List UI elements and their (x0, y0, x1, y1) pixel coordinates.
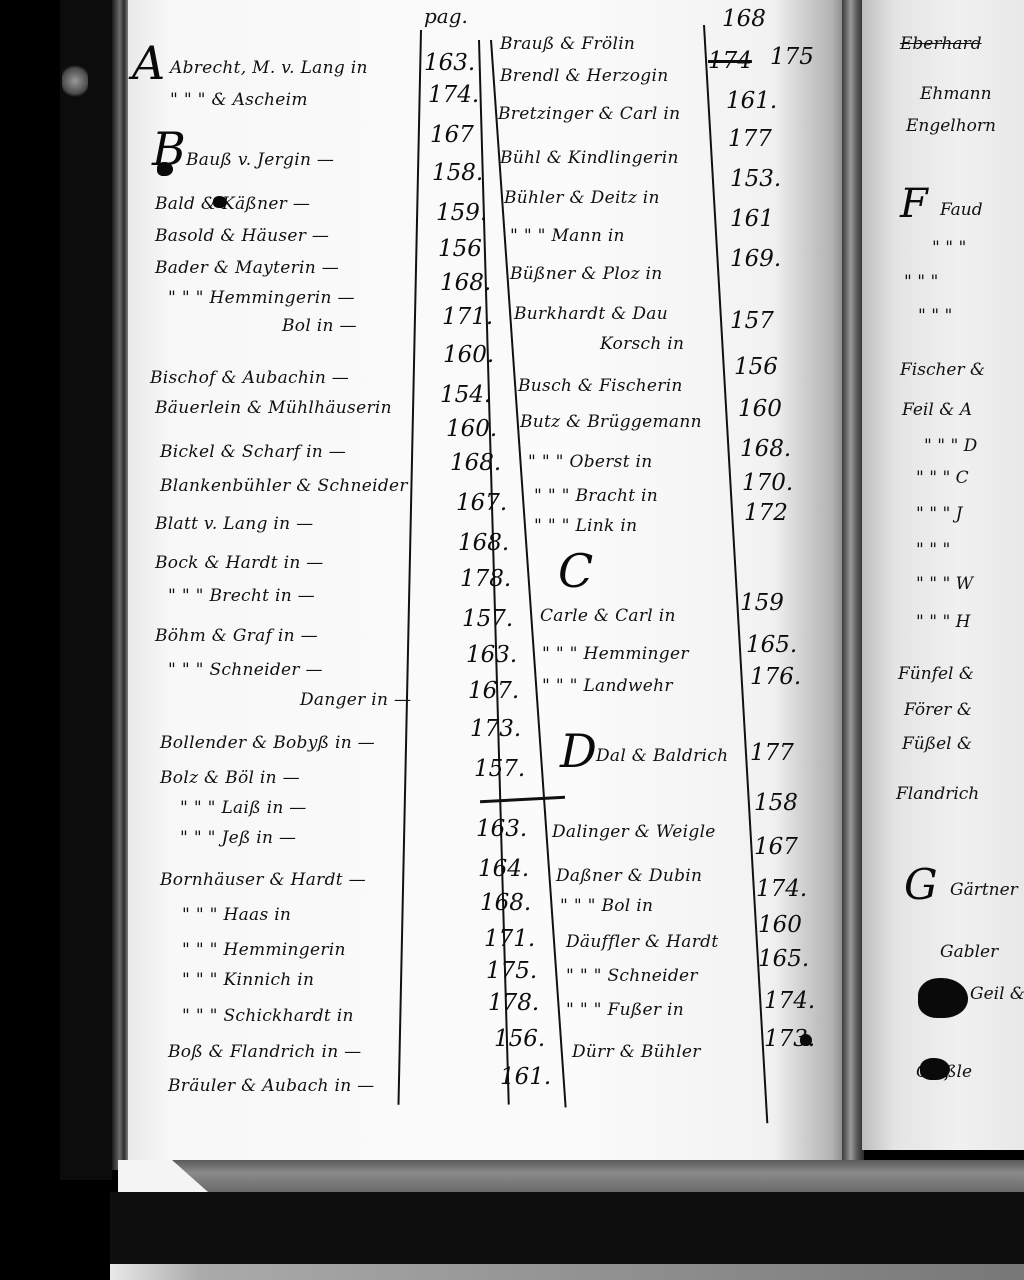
page-number: 161. (726, 88, 777, 114)
index-entry-partial: " " " D (924, 436, 977, 456)
page-number: 172 (744, 500, 788, 526)
index-entry: " " " Hemmingerin — (168, 288, 355, 308)
index-entry: Blatt v. Lang in — (155, 514, 313, 534)
index-entry: Bald & Käßner — (155, 194, 310, 214)
page-number: 178. (488, 990, 539, 1016)
index-entry: " " " Schneider — (168, 660, 323, 680)
ink-blot (157, 162, 173, 176)
index-entry: " " " Fußer in (566, 1000, 684, 1020)
page-number: 159 (740, 590, 784, 616)
page-number: 163. (476, 816, 527, 842)
index-entry: " " " Brecht in — (168, 586, 315, 606)
index-entry: Bischof & Aubachin — (150, 368, 349, 388)
index-entry: " " " Bol in (560, 896, 653, 916)
page-number: 157. (474, 756, 525, 782)
index-entry-partial: Förer & (904, 700, 972, 720)
page-number: 160. (446, 416, 497, 442)
index-entry-partial: Gärtner (950, 880, 1018, 900)
page-number: 168. (458, 530, 509, 556)
index-entry-partial: Fischer & (900, 360, 985, 380)
letter-initial-f: F (900, 184, 928, 224)
index-entry: Bolz & Böl in — (160, 768, 300, 788)
page-number: 167 (754, 834, 798, 860)
page-number: 171. (484, 926, 535, 952)
page-number: 156. (494, 1026, 545, 1052)
letter-initial-d: D (560, 728, 597, 774)
index-entry: Bühl & Kindlingerin (500, 148, 679, 168)
index-entry: " " " Schickhardt in (182, 1006, 354, 1026)
index-entry: " " " & Ascheim (170, 90, 308, 110)
page-number: 168. (480, 890, 531, 916)
page-number: 167. (468, 678, 519, 704)
page-number: 167. (456, 490, 507, 516)
index-entry: Bretzinger & Carl in (498, 104, 680, 124)
index-entry: Däuffler & Hardt (566, 932, 718, 952)
index-entry: " " " Bracht in (534, 486, 658, 506)
index-entry: Busch & Fischerin (518, 376, 683, 396)
page-number: 177 (728, 126, 772, 152)
index-entry: Dal & Baldrich (596, 746, 728, 766)
page-number: 173. (470, 716, 521, 742)
next-page-edge (110, 1264, 1024, 1280)
index-entry: Bollender & Bobyß in — (160, 733, 375, 753)
index-entry-partial: " " " J (916, 504, 962, 524)
index-entry: Bühler & Deitz in (504, 188, 660, 208)
index-entry: Abrecht, M. v. Lang in (170, 58, 368, 78)
index-entry: Boß & Flandrich in — (168, 1042, 361, 1062)
index-entry: " " " Laiß in — (180, 798, 307, 818)
index-entry: Bauß v. Jergin — (186, 150, 334, 170)
page-number: 169. (730, 246, 781, 272)
index-entry: Butz & Brüggemann (520, 412, 702, 432)
index-entry: Burkhardt & Dau (514, 304, 668, 324)
page-number: 168. (740, 436, 791, 462)
index-entry: " " " Link in (534, 516, 637, 536)
ink-blot (213, 196, 227, 208)
index-entry-partial: " " " W (916, 574, 973, 594)
index-entry: Brendl & Herzogin (500, 66, 668, 86)
index-entry: Bornhäuser & Hardt — (160, 870, 366, 890)
page-number: 170. (742, 470, 793, 496)
page-number: 156 (438, 236, 482, 262)
index-entry-partial: Füßel & (902, 734, 972, 754)
index-entry: " " " Jeß in — (180, 828, 296, 848)
index-entry: Korsch in (600, 334, 684, 354)
letter-initial-g: G (904, 864, 938, 906)
letter-initial-c: C (558, 548, 593, 594)
index-entry-partial: " " " (916, 540, 950, 560)
index-entry-partial: Engelhorn (906, 116, 996, 136)
book-gutter (842, 0, 864, 1160)
page-number: 161 (730, 206, 774, 232)
page-number: 171. (442, 304, 493, 330)
page-number: 174. (428, 82, 479, 108)
index-entry-partial: Faud (940, 200, 983, 220)
page-number-struck: 174 (708, 48, 752, 74)
index-entry: Basold & Häuser — (155, 226, 329, 246)
index-entry-partial: Ehmann (920, 84, 992, 104)
index-entry-partial: " " " (932, 238, 966, 258)
index-entry: Bader & Mayterin — (155, 258, 339, 278)
page-number: 177 (750, 740, 794, 766)
index-entry: Blankenbühler & Schneider (160, 476, 408, 496)
index-entry: " " " Hemminger (542, 644, 689, 664)
page-number: 160 (758, 912, 802, 938)
index-entry: " " " Schneider (566, 966, 698, 986)
index-entry: " " " Landwehr (542, 676, 673, 696)
page-column-header: pag. (424, 4, 468, 28)
page-number: 165. (746, 632, 797, 658)
index-entry: " " " Oberst in (528, 452, 653, 472)
page-number: 174. (764, 988, 815, 1014)
scan-background (110, 1192, 1024, 1264)
page-number: 157. (462, 606, 513, 632)
binding-shadow (0, 0, 60, 1280)
index-entry: Böhm & Graf in — (155, 626, 318, 646)
index-entry: " " " Mann in (510, 226, 625, 246)
page-number: 160 (738, 396, 782, 422)
index-entry: Dürr & Bühler (572, 1042, 701, 1062)
page-number: 159. (436, 200, 487, 226)
index-entry: Daßner & Dubin (556, 866, 702, 886)
page-number: 165. (758, 946, 809, 972)
page-number: 161. (500, 1064, 551, 1090)
ink-blot (800, 1034, 812, 1046)
page-number: 176. (750, 664, 801, 690)
index-entry: Bickel & Scharf in — (160, 442, 346, 462)
ink-blot (920, 1058, 950, 1080)
page-number: 154. (440, 382, 491, 408)
page-number: 158 (754, 790, 798, 816)
index-entry-partial: Fünfel & (898, 664, 974, 684)
index-entry: Büßner & Ploz in (510, 264, 663, 284)
index-entry-partial: " " " (904, 272, 938, 292)
page-number: 157 (730, 308, 774, 334)
page-number: 175. (486, 958, 537, 984)
dust-speck (62, 64, 88, 98)
index-entry-partial: " " " C (916, 468, 969, 488)
index-entry-partial: Feil & A (902, 400, 972, 420)
ink-blot-large (918, 978, 968, 1018)
page-number: 168. (450, 450, 501, 476)
page-number: 168. (440, 270, 491, 296)
index-entry: Dalinger & Weigle (552, 822, 716, 842)
index-entry: Bräuler & Aubach in — (168, 1076, 374, 1096)
page-number: 164. (478, 856, 529, 882)
page-number: 158. (432, 160, 483, 186)
page-number: 168 (722, 6, 766, 32)
page-number: 160. (443, 342, 494, 368)
index-entry-partial: Flandrich (896, 784, 979, 804)
page-number: 156 (734, 354, 778, 380)
page-number: 153. (730, 166, 781, 192)
index-entry: Bock & Hardt in — (155, 553, 324, 573)
index-entry-partial: Geil & (970, 984, 1024, 1004)
index-entry: " " " Haas in (182, 905, 291, 925)
page-number: 174. (756, 876, 807, 902)
page-number: 163. (424, 50, 475, 76)
page-number: 178. (460, 566, 511, 592)
index-entry: Carle & Carl in (540, 606, 676, 626)
index-entry-partial: Gabler (940, 942, 998, 962)
letter-initial-a: A (132, 40, 165, 86)
book-cover-edge (60, 0, 112, 1180)
page-number: 163. (466, 642, 517, 668)
index-entry: Brauß & Frölin (500, 34, 635, 54)
page-number: 167 (430, 122, 474, 148)
index-entry: Danger in — (300, 690, 411, 710)
page-number-correction: 175 (770, 44, 814, 70)
index-entry: " " " Hemmingerin (182, 940, 346, 960)
index-entry: " " " Kinnich in (182, 970, 314, 990)
index-entry-partial: " " " (918, 306, 952, 326)
index-entry: Bäuerlein & Mühlhäuserin (155, 398, 392, 418)
index-entry-partial: Eberhard (900, 34, 982, 54)
index-entry-partial: " " " H (916, 612, 971, 632)
page-bottom-edge (118, 1160, 1024, 1192)
index-entry: Bol in — (282, 316, 357, 336)
